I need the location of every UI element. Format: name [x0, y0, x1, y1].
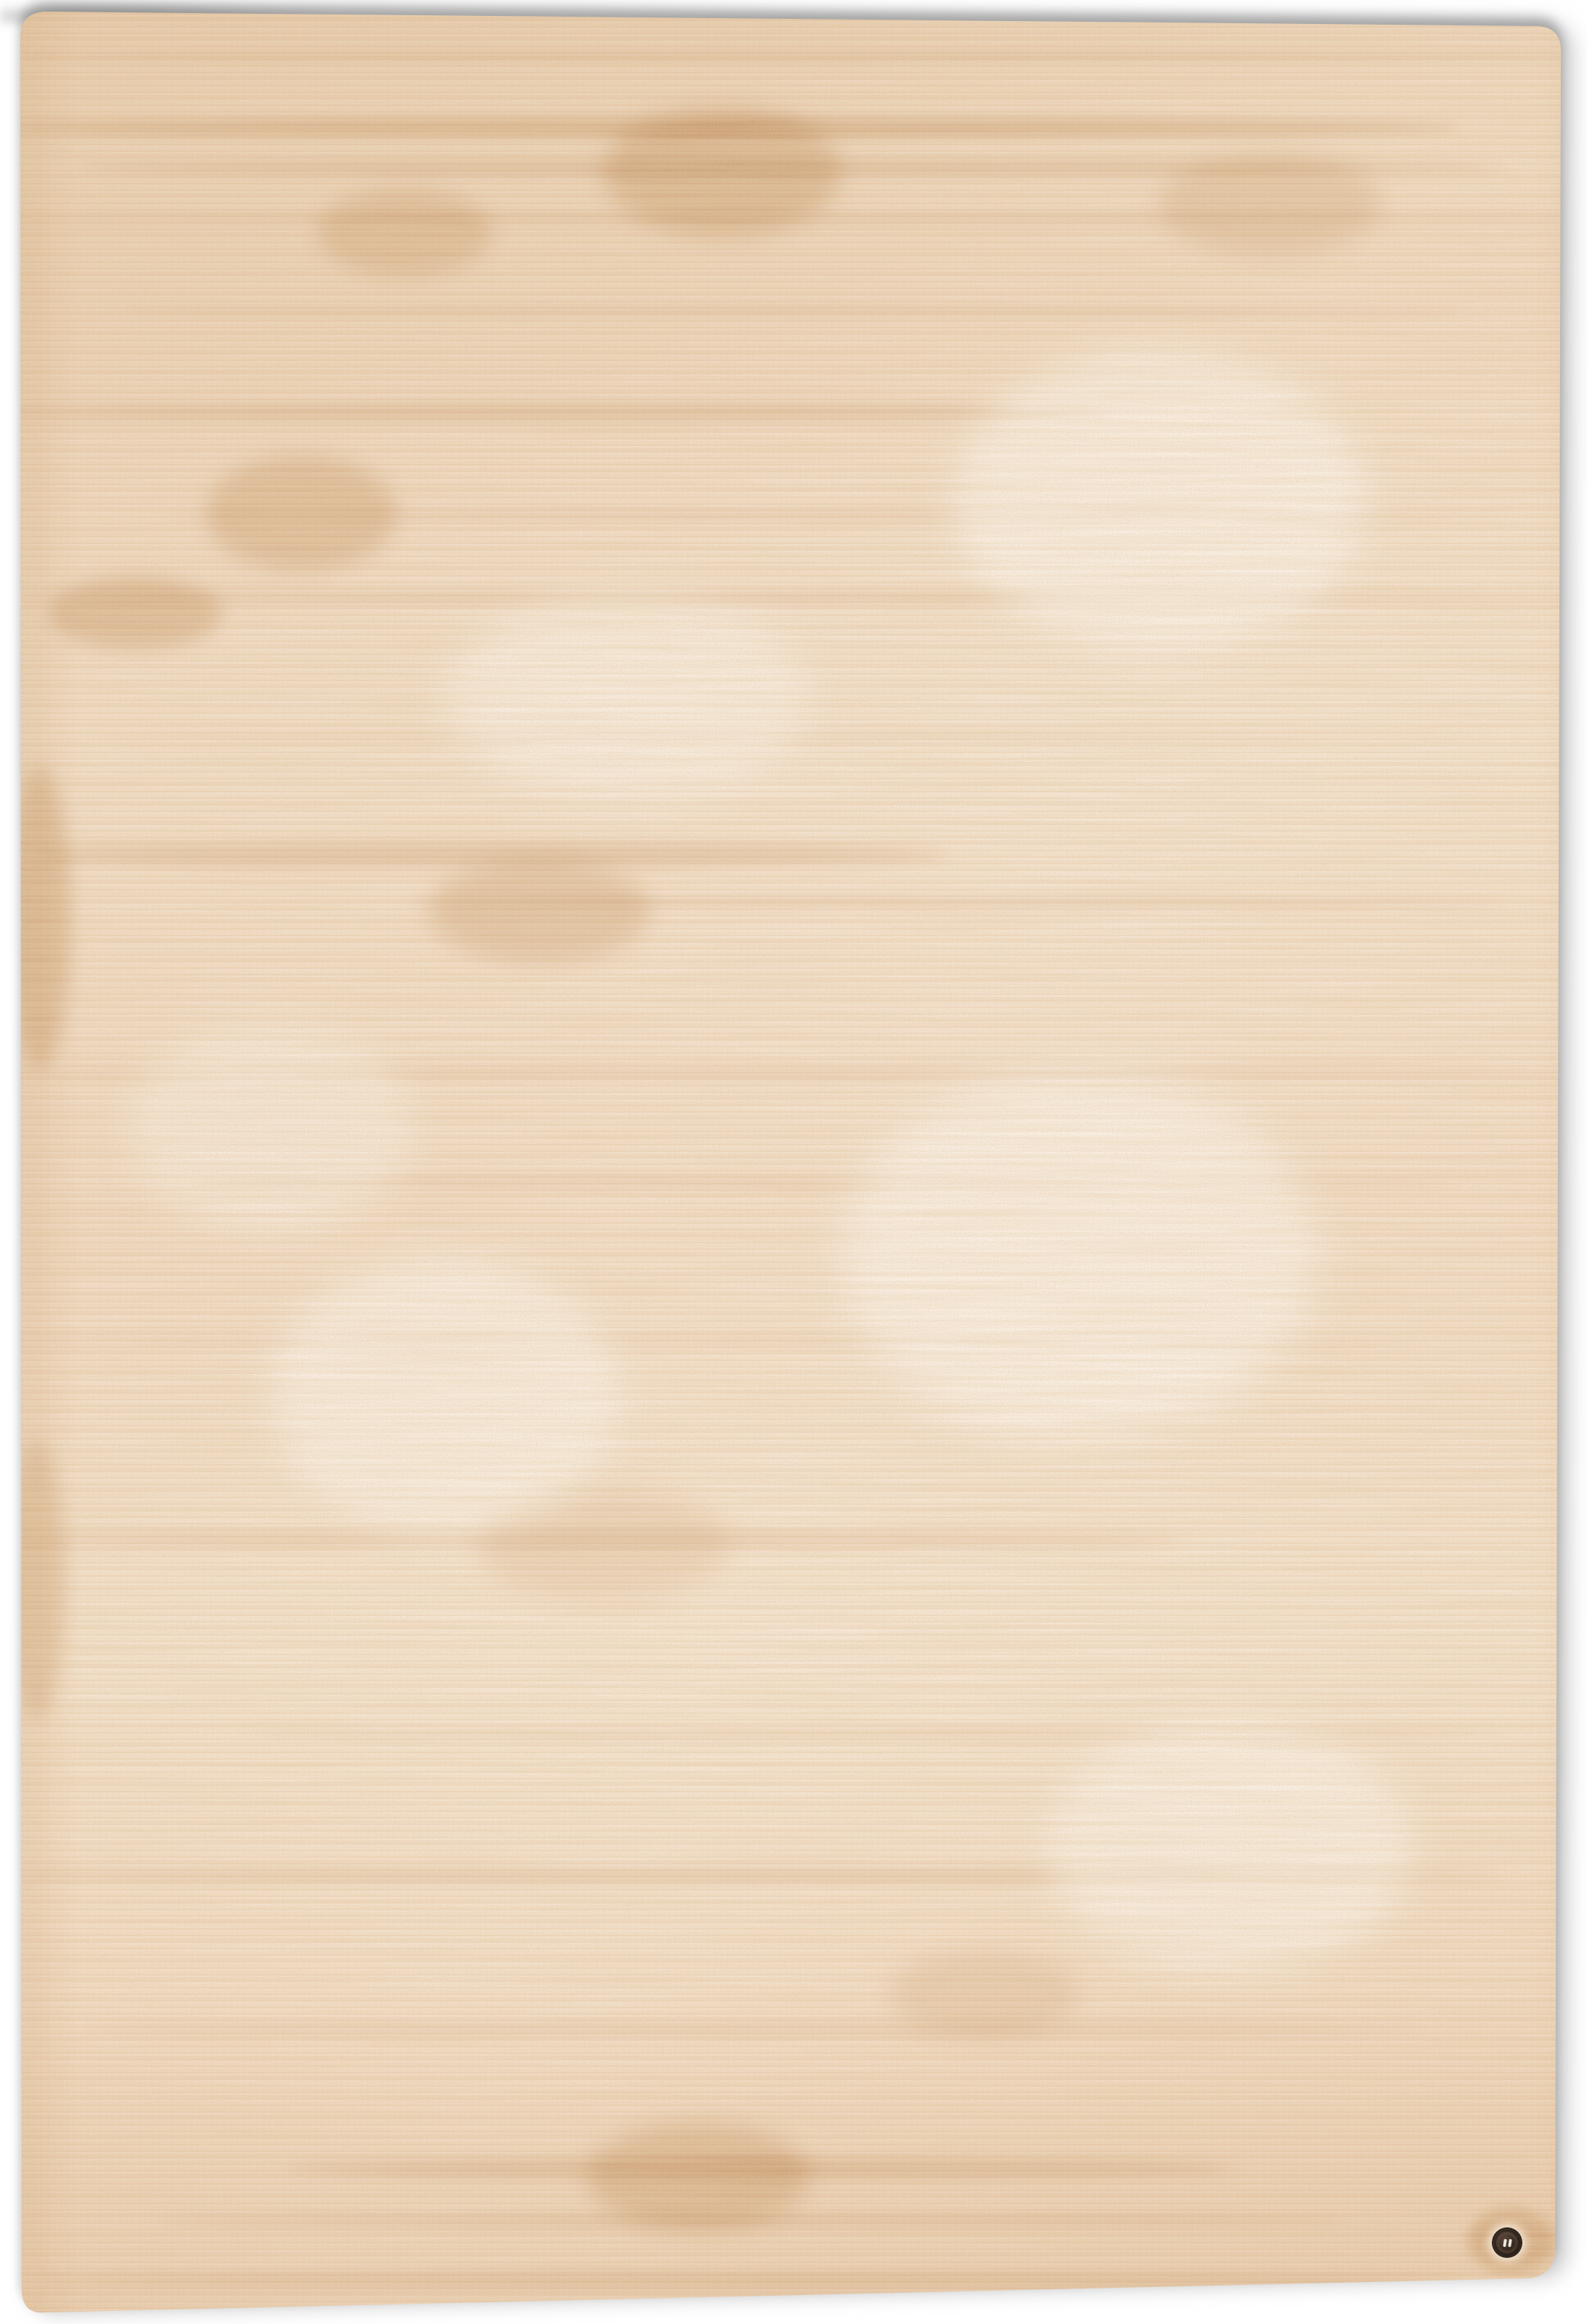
rug-edge-vignette	[0, 0, 1587, 2324]
rug-shadow-wrapper	[0, 0, 1587, 2324]
button-stitch-mark	[1508, 2238, 1512, 2246]
button-stitch-mark	[1503, 2238, 1507, 2246]
rug	[0, 0, 1587, 2324]
brand-button-icon	[1493, 2229, 1521, 2256]
product-photo: ······	[0, 0, 1587, 2324]
edge-watermark-text: ······	[1555, 2130, 1562, 2152]
